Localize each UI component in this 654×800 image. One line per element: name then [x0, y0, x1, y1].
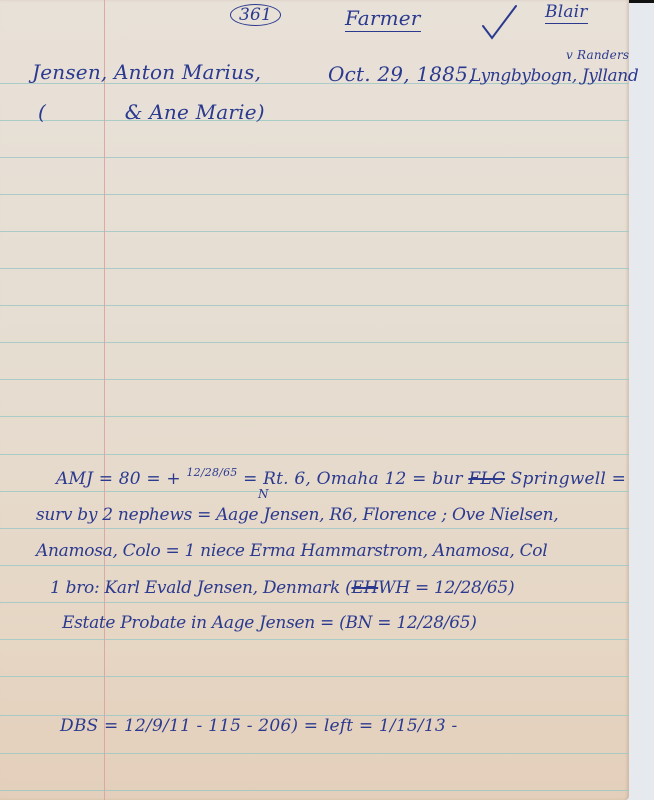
ruled-line [0, 157, 629, 158]
notes-line1-end: Springwell = [505, 469, 626, 489]
ruled-line [0, 753, 629, 754]
ruled-line [0, 231, 629, 232]
ruled-line [0, 454, 629, 455]
check-mark-icon [480, 4, 520, 44]
person-name: Jensen, Anton Marius, [32, 60, 261, 84]
ruled-line [0, 639, 629, 640]
ruled-paper-page: 361 Farmer Blair Jensen, Anton Marius, O… [0, 0, 629, 800]
notes-line1-suffix: = Rt. 6, Omaha 12 = bur [238, 469, 469, 489]
notes-line-3: Anamosa, Colo = 1 niece Erma Hammarstrom… [36, 541, 547, 561]
occupation: Farmer [345, 6, 421, 32]
ruled-line [0, 565, 629, 566]
ruled-line [0, 342, 629, 343]
ruled-line [0, 268, 629, 269]
notes-line-2: surv by 2 nephews = Aage Jensen, R6, Flo… [36, 505, 558, 525]
ruled-line [0, 305, 629, 306]
dbs-line: DBS = 12/9/11 - 115 - 206) = left = 1/15… [60, 716, 457, 736]
ruled-line [0, 194, 629, 195]
ruled-line [0, 416, 629, 417]
ruled-line [0, 602, 629, 603]
ruled-line [0, 790, 629, 791]
birth-date: Oct. 29, 1885, [328, 62, 475, 86]
ruled-line [0, 528, 629, 529]
record-number: 361 [230, 4, 281, 26]
top-edge-bar [629, 0, 654, 3]
notes-line-4: 1 bro: Karl Evald Jensen, Denmark (EHWH … [50, 578, 514, 598]
struck-text: EH [352, 578, 379, 598]
notes-line1-prefix: AMJ = 80 = + [56, 469, 186, 489]
place-tag: Blair [545, 2, 588, 24]
parents-line: ( & Ane Marie) [38, 100, 265, 124]
notes-line-1: AMJ = 80 = + 12/28/65 = Rt. 6, Omaha 12 … [56, 466, 626, 489]
ruled-line [0, 676, 629, 677]
sub-mark: N [258, 487, 269, 501]
ruled-line [0, 491, 629, 492]
struck-text: FLC [468, 469, 505, 489]
ruled-line [0, 379, 629, 380]
notes-line-5: Estate Probate in Aage Jensen = (BN = 12… [62, 613, 477, 633]
death-date: 12/28/65 [186, 466, 237, 479]
insertion-above: v Randers [566, 48, 629, 62]
birth-place: Lyngbybogn, Jylland [470, 66, 638, 86]
notes-line4-text: 1 bro: Karl Evald Jensen, Denmark ( [50, 578, 352, 598]
notes-line4-end: WH = 12/28/65) [378, 578, 514, 598]
